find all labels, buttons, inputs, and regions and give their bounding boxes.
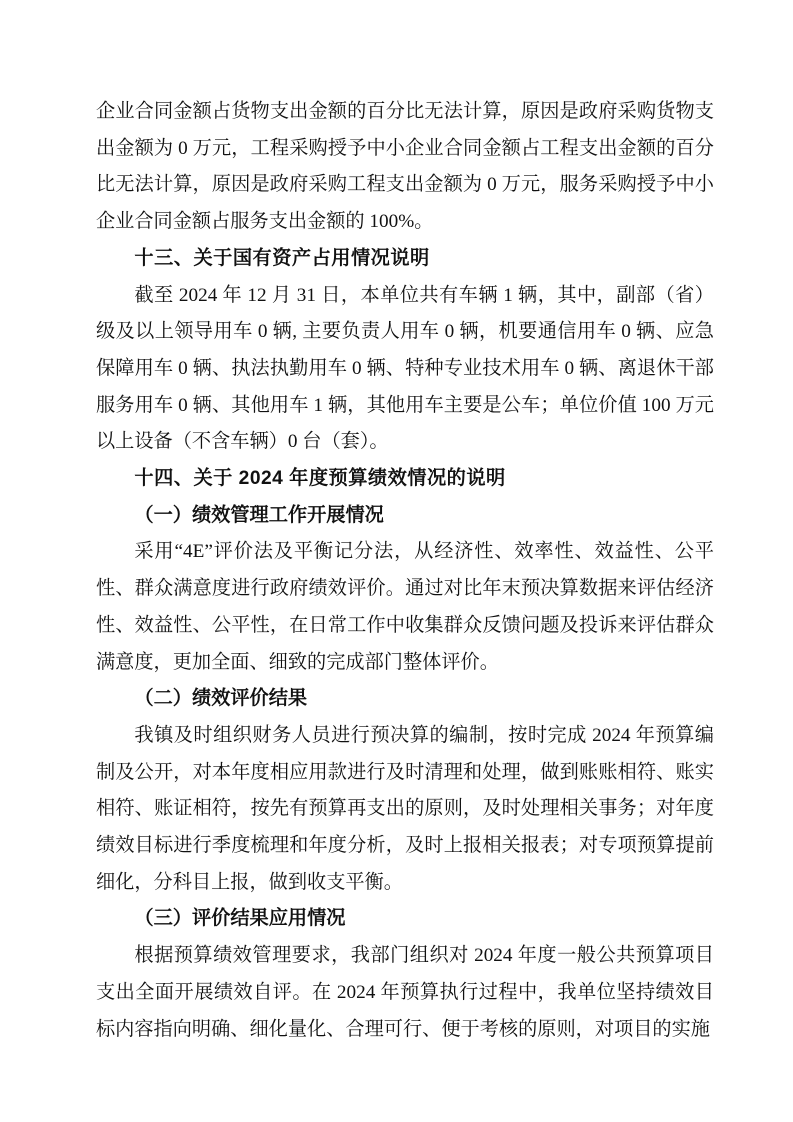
subsection-heading: （三）评价结果应用情况 bbox=[96, 901, 714, 938]
section-heading: 十四、关于 2024 年度预算绩效情况的说明 bbox=[96, 461, 714, 498]
body-paragraph: 企业合同金额占货物支出金额的百分比无法计算，原因是政府采购货物支出金额为 0 万… bbox=[96, 94, 714, 241]
section-heading: 十三、关于国有资产占用情况说明 bbox=[96, 241, 714, 278]
body-paragraph: 截至 2024 年 12 月 31 日，本单位共有车辆 1 辆，其中，副部（省）… bbox=[96, 278, 714, 462]
body-paragraph: 根据预算绩效管理要求，我部门组织对 2024 年度一般公共预算项目支出全面开展绩… bbox=[96, 938, 714, 1048]
document-page: 企业合同金额占货物支出金额的百分比无法计算，原因是政府采购货物支出金额为 0 万… bbox=[0, 0, 793, 1122]
body-paragraph: 我镇及时组织财务人员进行预决算的编制，按时完成 2024 年预算编制及公开，对本… bbox=[96, 718, 714, 902]
body-paragraph: 采用“4E”评价法及平衡记分法，从经济性、效率性、效益性、公平性、群众满意度进行… bbox=[96, 534, 714, 681]
document-content: 企业合同金额占货物支出金额的百分比无法计算，原因是政府采购货物支出金额为 0 万… bbox=[96, 94, 714, 1048]
subsection-heading: （二）绩效评价结果 bbox=[96, 681, 714, 718]
subsection-heading: （一）绩效管理工作开展情况 bbox=[96, 498, 714, 535]
